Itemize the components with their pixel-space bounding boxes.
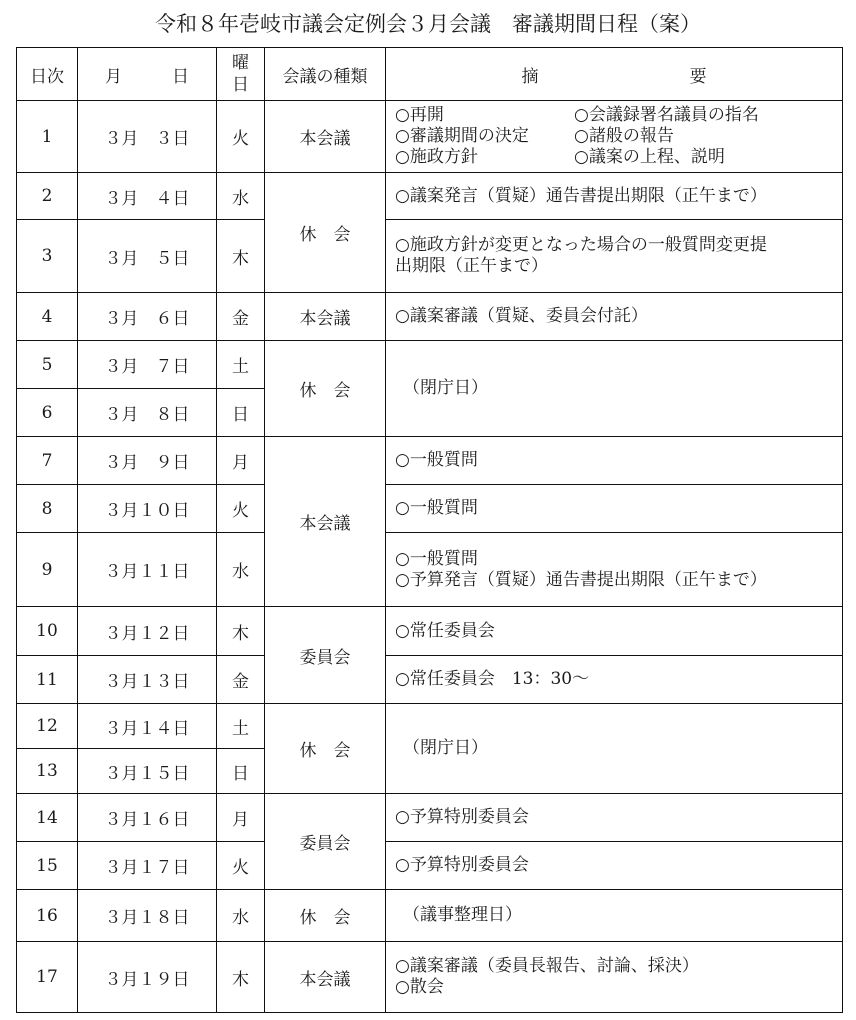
summary-item: ○会議録署名議員の指名: [574, 105, 842, 126]
day-no: 17: [17, 942, 78, 1013]
date: ３月１６日: [78, 794, 217, 842]
summary-item: （議事整理日）: [403, 905, 842, 926]
date: ３月 ６日: [78, 293, 217, 341]
document-title: 令和８年壱岐市議会定例会３月会議 審議期間日程（案）: [0, 8, 856, 38]
weekday: 金: [217, 293, 265, 341]
meeting-type: 休 会: [265, 890, 386, 942]
weekday: 日: [217, 749, 265, 794]
weekday: 土: [217, 704, 265, 749]
summary: （閉庁日）: [386, 704, 843, 794]
header-date: 月日: [78, 48, 217, 101]
table-row: 4 ３月 ６日 金 本会議 ○議案審議（質疑、委員会付託）: [17, 293, 843, 341]
day-no: 13: [17, 749, 78, 794]
day-no: 1: [17, 101, 78, 173]
table-row: 11 ３月１３日 金 ○常任委員会 13：30～: [17, 656, 843, 704]
day-no: 5: [17, 341, 78, 389]
header-summary-1: 摘: [522, 62, 539, 87]
header-dow-line2: 日: [217, 74, 264, 96]
day-no: 16: [17, 890, 78, 942]
table-row: 15 ３月１７日 火 ○予算特別委員会: [17, 842, 843, 890]
header-type: 会議の種類: [265, 48, 386, 101]
meeting-type: 休 会: [265, 341, 386, 437]
table-row: 16 ３月１８日 水 休 会 （議事整理日）: [17, 890, 843, 942]
summary: ○施政方針が変更となった場合の一般質問変更提 出期限（正午まで）: [386, 220, 843, 293]
meeting-type: 本会議: [265, 101, 386, 173]
summary-item: ○一般質問: [395, 450, 842, 471]
summary-item: ○一般質問: [395, 549, 842, 570]
day-no: 3: [17, 220, 78, 293]
meeting-type: 休 会: [265, 173, 386, 293]
header-dow-line1: 曜: [217, 52, 264, 74]
summary: ○議案審議（委員長報告、討論、採決） ○散会: [386, 942, 843, 1013]
meeting-type: 休 会: [265, 704, 386, 794]
header-dow: 曜 日: [217, 48, 265, 101]
day-no: 2: [17, 173, 78, 220]
weekday: 土: [217, 341, 265, 389]
meeting-type: 本会議: [265, 437, 386, 607]
summary-item: ○議案審議（委員長報告、討論、採決）: [395, 956, 842, 977]
date: ３月１０日: [78, 485, 217, 533]
table-row: 9 ３月１１日 水 ○一般質問 ○予算発言（質疑）通告書提出期限（正午まで）: [17, 533, 843, 607]
table-row: 3 ３月 ５日 木 ○施政方針が変更となった場合の一般質問変更提 出期限（正午ま…: [17, 220, 843, 293]
date: ３月１２日: [78, 607, 217, 656]
day-no: 12: [17, 704, 78, 749]
summary-item: ○一般質問: [395, 498, 842, 519]
summary-item: ○常任委員会 13：30～: [395, 669, 842, 690]
summary-item: ○審議期間の決定: [395, 126, 574, 147]
summary: ○一般質問 ○予算発言（質疑）通告書提出期限（正午まで）: [386, 533, 843, 607]
header-summary-2: 要: [690, 62, 707, 87]
date: ３月１３日: [78, 656, 217, 704]
day-no: 4: [17, 293, 78, 341]
summary-item: ○予算発言（質疑）通告書提出期限（正午まで）: [395, 570, 842, 591]
table-row: 10 ３月１２日 木 委員会 ○常任委員会: [17, 607, 843, 656]
summary: ○議案発言（質疑）通告書提出期限（正午まで）: [386, 173, 843, 220]
date: ３月１９日: [78, 942, 217, 1013]
summary-item: ○散会: [395, 977, 842, 998]
date: ３月 ７日: [78, 341, 217, 389]
meeting-type: 委員会: [265, 794, 386, 890]
table-row: 12 ３月１４日 土 休 会 （閉庁日）: [17, 704, 843, 749]
summary-item: （閉庁日）: [403, 738, 842, 759]
summary-item: （閉庁日）: [403, 378, 842, 399]
date: ３月１５日: [78, 749, 217, 794]
summary-item: ○議案発言（質疑）通告書提出期限（正午まで）: [395, 186, 842, 207]
summary-item: ○常任委員会: [395, 621, 842, 642]
summary-item: ○施政方針: [395, 147, 574, 168]
header-month: 月: [105, 67, 122, 87]
date: ３月 ５日: [78, 220, 217, 293]
summary-item: ○施政方針が変更となった場合の一般質問変更提: [395, 235, 842, 256]
date: ３月１７日: [78, 842, 217, 890]
table-row: 8 ３月１０日 火 ○一般質問: [17, 485, 843, 533]
summary-item: ○予算特別委員会: [395, 855, 842, 876]
meeting-type: 本会議: [265, 942, 386, 1013]
summary-item: 出期限（正午まで）: [395, 256, 842, 277]
summary: ○常任委員会: [386, 607, 843, 656]
table-row: 5 ３月 ７日 土 休 会 （閉庁日）: [17, 341, 843, 389]
weekday: 水: [217, 890, 265, 942]
summary: ○一般質問: [386, 437, 843, 485]
weekday: 水: [217, 173, 265, 220]
date: ３月１８日: [78, 890, 217, 942]
summary-item: ○予算特別委員会: [395, 807, 842, 828]
weekday: 月: [217, 794, 265, 842]
weekday: 月: [217, 437, 265, 485]
header-row: 日次 月日 曜 日 会議の種類 摘 要: [17, 48, 843, 101]
summary: ○予算特別委員会: [386, 794, 843, 842]
weekday: 木: [217, 942, 265, 1013]
table-row: 1 ３月 ３日 火 本会議 ○再開 ○会議録署名議員の指名 ○審議期間の決定 ○…: [17, 101, 843, 173]
date: ３月 ４日: [78, 173, 217, 220]
summary: ○予算特別委員会: [386, 842, 843, 890]
table-row: 2 ３月 ４日 水 休 会 ○議案発言（質疑）通告書提出期限（正午まで）: [17, 173, 843, 220]
date: ３月 ８日: [78, 389, 217, 437]
weekday: 火: [217, 485, 265, 533]
weekday: 木: [217, 607, 265, 656]
day-no: 9: [17, 533, 78, 607]
summary-item: ○諸般の報告: [574, 126, 842, 147]
summary-item: ○再開: [395, 105, 574, 126]
summary: （議事整理日）: [386, 890, 843, 942]
day-no: 7: [17, 437, 78, 485]
date: ３月 ３日: [78, 101, 217, 173]
table-row: 17 ３月１９日 木 本会議 ○議案審議（委員長報告、討論、採決） ○散会: [17, 942, 843, 1013]
day-no: 8: [17, 485, 78, 533]
header-day: 日: [172, 67, 189, 87]
summary-item: ○議案審議（質疑、委員会付託）: [395, 306, 842, 327]
weekday: 水: [217, 533, 265, 607]
day-no: 11: [17, 656, 78, 704]
weekday: 火: [217, 842, 265, 890]
date: ３月 ９日: [78, 437, 217, 485]
day-no: 10: [17, 607, 78, 656]
summary-item: ○議案の上程、説明: [574, 147, 842, 168]
schedule-table: 日次 月日 曜 日 会議の種類 摘 要 1 ３月 ３日 火 本会議 ○再開 ○会…: [16, 47, 843, 1013]
summary: （閉庁日）: [386, 341, 843, 437]
table-row: 14 ３月１６日 月 委員会 ○予算特別委員会: [17, 794, 843, 842]
header-day-no: 日次: [17, 48, 78, 101]
weekday: 火: [217, 101, 265, 173]
meeting-type: 委員会: [265, 607, 386, 704]
summary: ○常任委員会 13：30～: [386, 656, 843, 704]
weekday: 木: [217, 220, 265, 293]
summary: ○一般質問: [386, 485, 843, 533]
weekday: 金: [217, 656, 265, 704]
date: ３月１１日: [78, 533, 217, 607]
day-no: 15: [17, 842, 78, 890]
date: ３月１４日: [78, 704, 217, 749]
summary: ○再開 ○会議録署名議員の指名 ○審議期間の決定 ○諸般の報告 ○施政方針 ○議…: [386, 101, 843, 173]
meeting-type: 本会議: [265, 293, 386, 341]
weekday: 日: [217, 389, 265, 437]
table-row: 7 ３月 ９日 月 本会議 ○一般質問: [17, 437, 843, 485]
day-no: 14: [17, 794, 78, 842]
header-summary: 摘 要: [386, 48, 843, 101]
day-no: 6: [17, 389, 78, 437]
summary: ○議案審議（質疑、委員会付託）: [386, 293, 843, 341]
